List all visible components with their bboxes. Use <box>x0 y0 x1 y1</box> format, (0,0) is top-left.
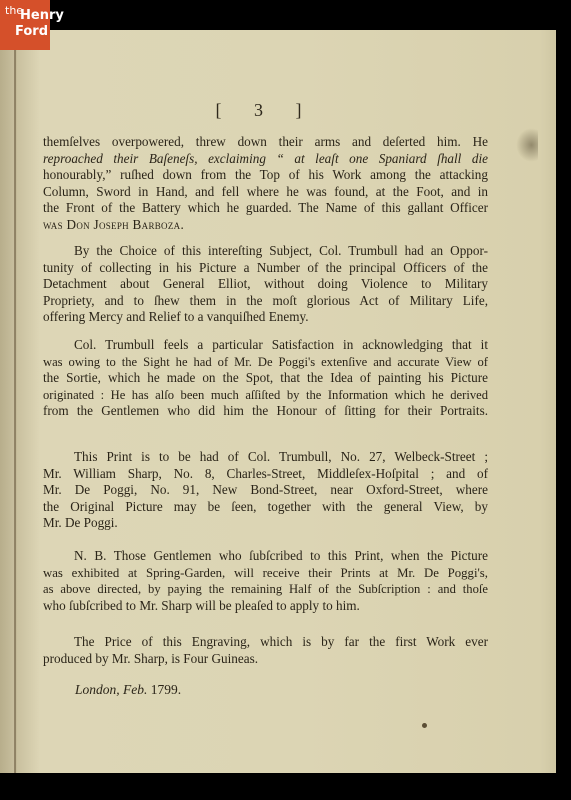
logo-text-henry: Henry <box>20 8 64 23</box>
text-line: the Original Picture may be ſeen, togeth… <box>43 499 488 516</box>
logo-text-ford: Ford <box>15 24 48 39</box>
paragraph-price: The Price of this Engraving, which is by… <box>43 634 488 667</box>
paragraph-print: This Print is to be had of Col. Trumbull… <box>43 449 488 532</box>
paragraph-satisfaction: Col. Trumbull feels a particular Satisfa… <box>43 337 488 420</box>
ink-spot <box>422 723 427 728</box>
signature-line: London, Feb. 1799. <box>75 682 181 699</box>
signature-place: London, Feb. <box>75 682 147 697</box>
text-line: honourably,” ruſhed down from the Top of… <box>43 167 488 184</box>
text-line: the Sortie, which he made on the Spot, t… <box>43 370 488 387</box>
text-line: N. B. Those Gentlemen who ſubſcribed to … <box>43 548 488 565</box>
text-line: originated : He has alſo been much aſſiſ… <box>43 387 488 404</box>
text-line: Mr. De Poggi, No. 91, New Bond-Street, n… <box>43 482 488 499</box>
text-line: Propriety, and to ſhew them in the moſt … <box>43 293 488 310</box>
text-line: themſelves overpowered, threw down their… <box>43 134 488 151</box>
text-line: the Front of the Battery which he guarde… <box>43 200 488 217</box>
page-number: [ 3 ] <box>43 102 488 119</box>
paragraph-choice: By the Choice of this intereſting Subjec… <box>43 243 488 326</box>
text-line: offering Mercy and Relief to a vanquiſhe… <box>43 309 488 326</box>
paper-stain <box>516 128 538 162</box>
text-line: was Don Joseph Barboza. <box>43 217 488 234</box>
text-line: was exhibited at Spring-Garden, will rec… <box>43 565 488 582</box>
text-line: This Print is to be had of Col. Trumbull… <box>43 449 488 466</box>
text-line: The Price of this Engraving, which is by… <box>43 634 488 651</box>
paragraph-nb: N. B. Those Gentlemen who ſubſcribed to … <box>43 548 488 614</box>
paragraph-barboza: themſelves overpowered, threw down their… <box>43 134 488 234</box>
text-line: as above directed, by paying the remaini… <box>43 581 488 598</box>
text-line: tunity of collecting in his Picture a Nu… <box>43 260 488 277</box>
text-line: Col. Trumbull feels a particular Satisfa… <box>43 337 488 354</box>
text-line: who ſubſcribed to Mr. Sharp will be plea… <box>43 598 488 615</box>
henry-ford-logo: the Henry Ford <box>0 0 50 50</box>
text-line: Detachment about General Elliot, without… <box>43 276 488 293</box>
text-line: reproached their Baſeneſs, exclaiming “ … <box>43 151 488 168</box>
text-line: Column, Sword in Hand, and fell where he… <box>43 184 488 201</box>
text-line: By the Choice of this intereſting Subjec… <box>43 243 488 260</box>
text-line: produced by Mr. Sharp, is Four Guineas. <box>43 651 488 668</box>
signature-year: 1799. <box>151 682 181 697</box>
text-line: Mr. William Sharp, No. 8, Charles-Street… <box>43 466 488 483</box>
text-line: Mr. De Poggi. <box>43 515 488 532</box>
text-line: from the Gentlemen who did him the Honou… <box>43 403 488 420</box>
document-page: [ 3 ] themſelves overpowered, threw down… <box>0 30 556 773</box>
text-line: was owing to the Sight he had of Mr. De … <box>43 354 488 371</box>
